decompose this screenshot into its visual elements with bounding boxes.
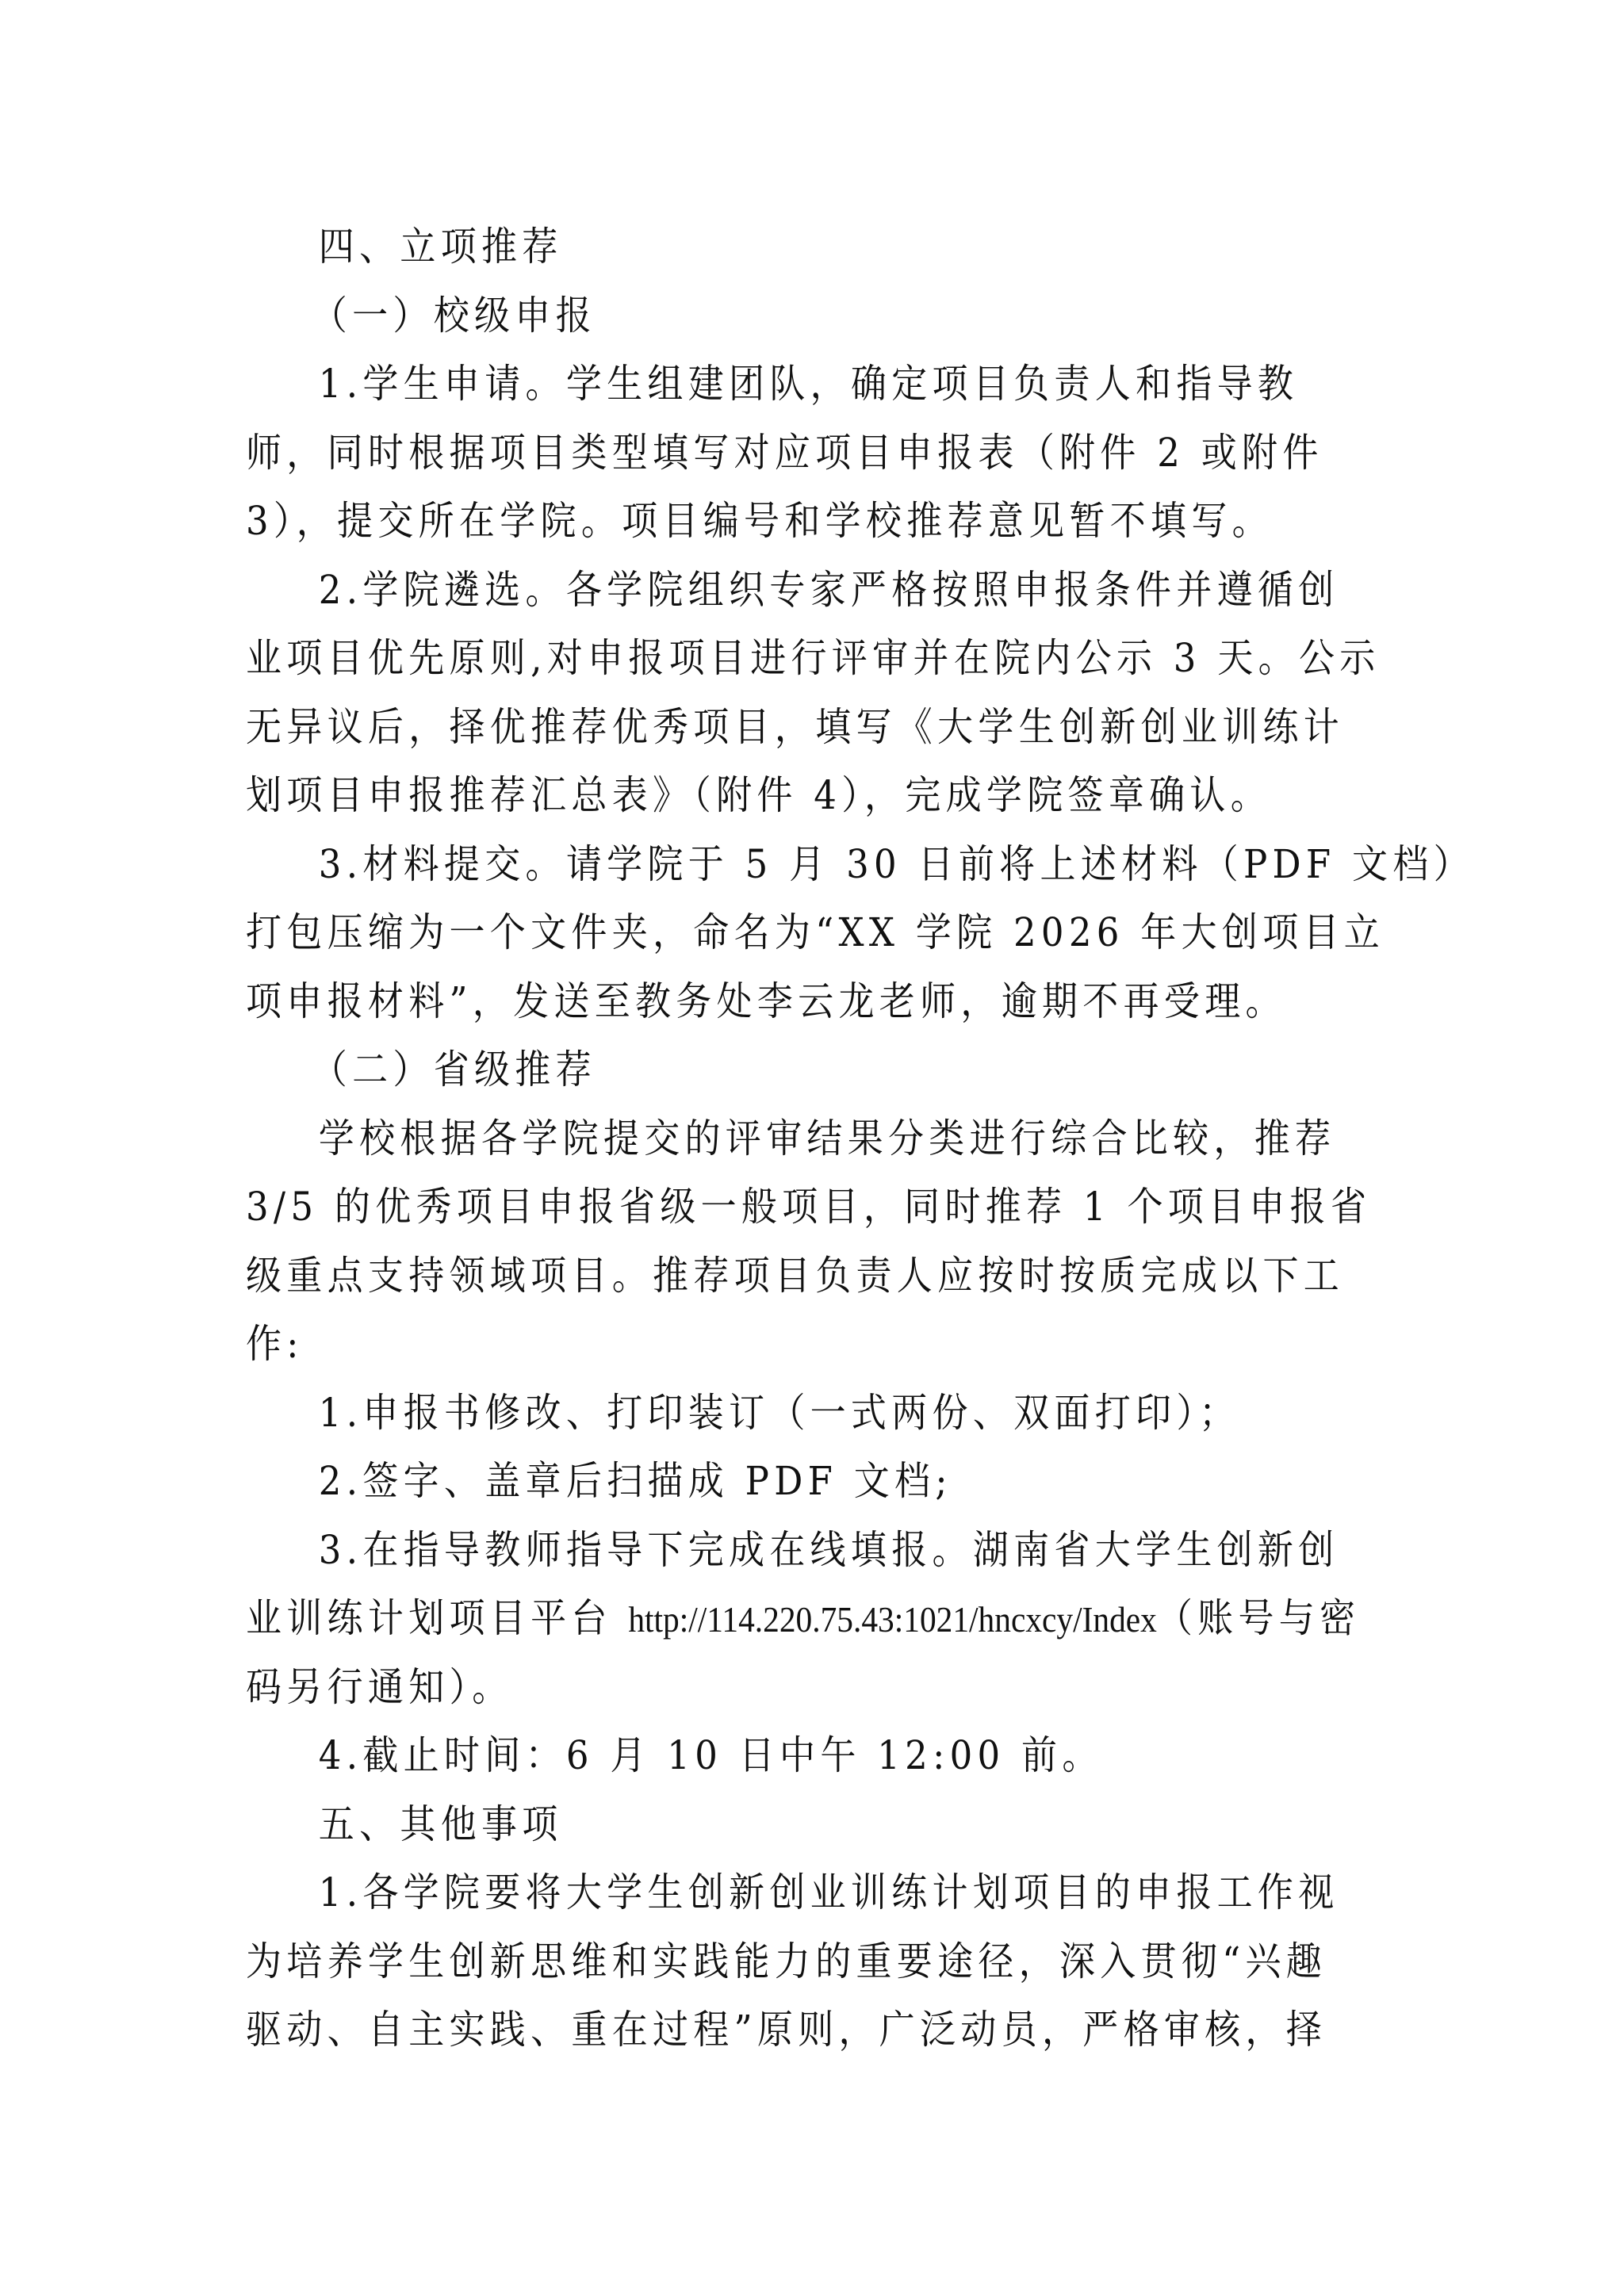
platform-label: 业训练计划项目平台: [246, 1595, 628, 1641]
paragraph-line: 级重点支持领域项目。推荐项目负责人应按时按质完成以下工: [246, 1242, 1274, 1311]
paragraph-line: 码另行通知）。: [246, 1653, 1274, 1722]
list-item: 3.在指导教师指导下完成在线填报。湖南省大学生创新创: [246, 1516, 1274, 1585]
paragraph-line: 项申报材料”，发送至教务处李云龙老师，逾期不再受理。: [246, 967, 1274, 1036]
paragraph-line: 无异议后，择优推荐优秀项目，填写《大学生创新创业训练计: [246, 693, 1274, 762]
paragraph-line: 业训练计划项目平台 http://114.220.75.43:1021/hncx…: [246, 1584, 1274, 1653]
paragraph-line: 打包压缩为一个文件夹，命名为“XX 学院 2026 年大创项目立: [246, 898, 1274, 967]
subsection-1-heading: （一）校级申报: [246, 281, 1274, 350]
paragraph-line: 1.各学院要将大学生创新创业训练计划项目的申报工作视: [246, 1858, 1274, 1927]
paragraph-line: 2.学院遴选。各学院组织专家严格按照申报条件并遵循创: [246, 556, 1274, 625]
list-item: 2.签字、盖章后扫描成 PDF 文档;: [246, 1447, 1274, 1516]
paragraph-line: 学校根据各学院提交的评审结果分类进行综合比较，推荐: [246, 1104, 1274, 1173]
paragraph-line: 师，同时根据项目类型填写对应项目申报表（附件 2 或附件: [246, 419, 1274, 488]
document-body: 四、立项推荐 （一）校级申报 1.学生申请。学生组建团队，确定项目负责人和指导教…: [246, 212, 1388, 2064]
paragraph-line: 1.学生申请。学生组建团队，确定项目负责人和指导教: [246, 350, 1274, 419]
paragraph-line: 为培养学生创新思维和实践能力的重要途径，深入贯彻“兴趣: [246, 1927, 1274, 1996]
subsection-2-heading: （二）省级推荐: [246, 1035, 1274, 1104]
paragraph-line: 驱动、自主实践、重在过程”原则，广泛动员，严格审核，择: [246, 1996, 1274, 2064]
paragraph-line: 作:: [246, 1310, 1274, 1379]
account-note: （账号与密: [1157, 1595, 1361, 1641]
paragraph-line: 业项目优先原则,对申报项目进行评审并在院内公示 3 天。公示: [246, 624, 1274, 693]
list-item: 1.申报书修改、打印装订（一式两份、双面打印）；: [246, 1379, 1274, 1448]
paragraph-line: 3/5 的优秀项目申报省级一般项目，同时推荐 1 个项目申报省: [246, 1173, 1274, 1242]
document-page: 四、立项推荐 （一）校级申报 1.学生申请。学生组建团队，确定项目负责人和指导教…: [0, 0, 1624, 2296]
paragraph-line: 3.材料提交。请学院于 5 月 30 日前将上述材料（PDF 文档）: [246, 830, 1274, 899]
section-5-heading: 五、其他事项: [246, 1790, 1274, 1859]
deadline-item: 4.截止时间：6 月 10 日中午 12:00 前。: [246, 1721, 1274, 1790]
platform-url-link[interactable]: http://114.220.75.43:1021/hncxcy/Index: [628, 1599, 1157, 1640]
paragraph-line: 划项目申报推荐汇总表》（附件 4），完成学院签章确认。: [246, 761, 1274, 830]
section-4-heading: 四、立项推荐: [246, 212, 1274, 281]
paragraph-line: 3），提交所在学院。项目编号和学校推荐意见暂不填写。: [246, 487, 1274, 556]
